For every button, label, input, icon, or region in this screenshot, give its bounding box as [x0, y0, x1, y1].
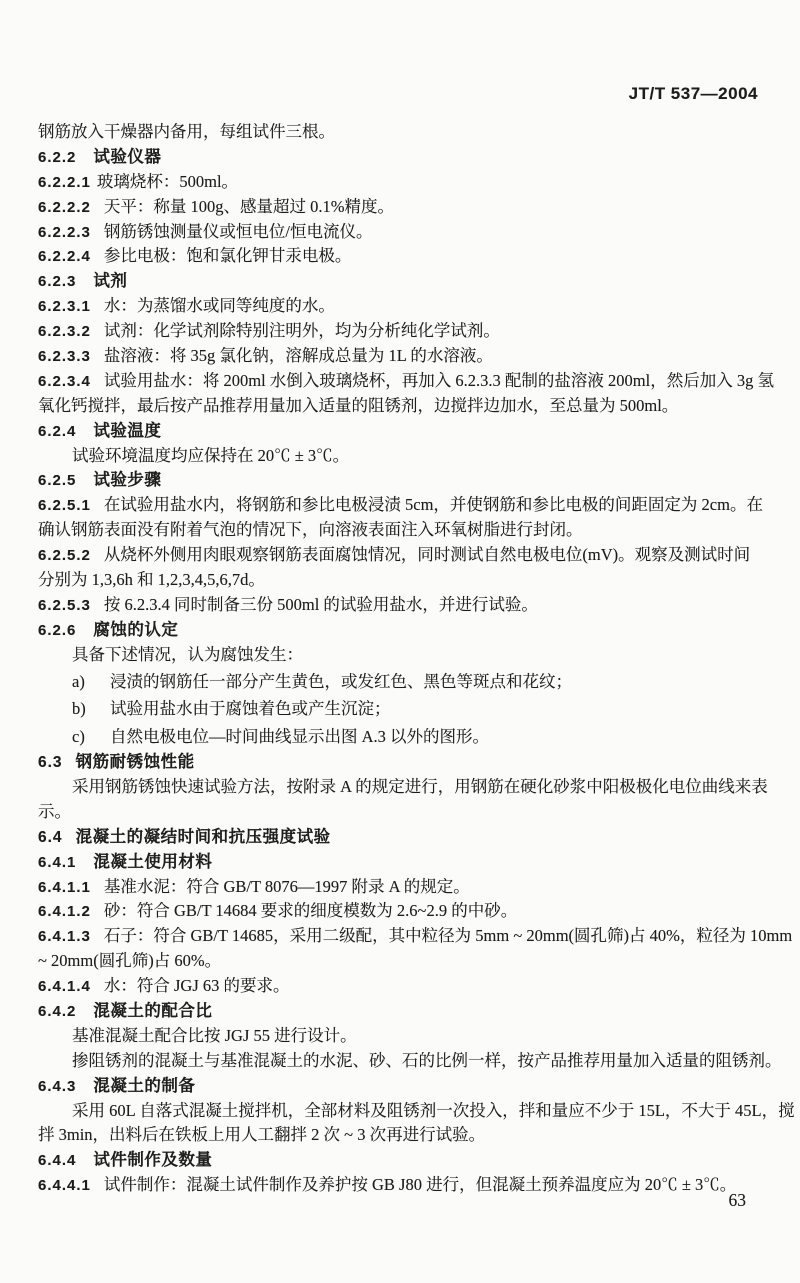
body-text: 采用 60L 自落式混凝土搅拌机，全部材料及阻锈剂一次投入，拌和量应不少于 15… [72, 1101, 795, 1120]
clause-number: 6.2.3.1 [38, 298, 91, 315]
section-heading: 6.3钢筋耐锈蚀性能 [38, 750, 770, 775]
heading-text: 钢筋耐锈蚀性能 [76, 753, 195, 771]
clause-line: 6.4.1.1基准水泥：符合 GB/T 8076—1997 附录 A 的规定。 [38, 875, 770, 900]
clause-line: 6.4.1.3石子：符合 GB/T 14685，采用二级配，其中粒径为 5mm … [38, 924, 770, 949]
clause-number: 6.2.4 [38, 423, 76, 440]
heading-text: 混凝土使用材料 [93, 853, 212, 871]
body-text: 钢筋放入干燥器内备用，每组试件三根。 [38, 122, 335, 141]
section-heading: 6.4混凝土的凝结时间和抗压强度试验 [38, 825, 770, 850]
section-heading: 6.2.5试验步骤 [38, 468, 770, 493]
heading-text: 混凝土的配合比 [93, 1002, 212, 1020]
clause-number: 6.2.2.3 [38, 224, 91, 241]
body-line: ~ 20mm(圆孔筛)占 60%。 [38, 949, 770, 974]
heading-text: 腐蚀的认定 [93, 621, 178, 639]
body-line: 氧化钙搅拌，最后按产品推荐用量加入适量的阻锈剂，边搅拌边加水，至总量为 500m… [38, 394, 770, 419]
list-item: b)试验用盐水由于腐蚀着色或产生沉淀； [38, 695, 770, 723]
clause-text: 试剂：化学试剂除特别注明外，均为分析纯化学试剂。 [104, 321, 500, 340]
clause-line: 6.2.2.3钢筋锈蚀测量仪或恒电位/恒电流仪。 [38, 220, 770, 245]
page-number: 63 [729, 1190, 747, 1211]
list-item: c)自然电极电位—时间曲线显示出图 A.3 以外的图形。 [38, 723, 770, 751]
clause-line: 6.2.2.4参比电极：饱和氯化钾甘汞电极。 [38, 244, 770, 269]
body-text: 示。 [38, 802, 71, 821]
body-line: 采用 60L 自落式混凝土搅拌机，全部材料及阻锈剂一次投入，拌和量应不少于 15… [38, 1099, 770, 1124]
body-text: 分别为 1,3,6h 和 1,2,3,4,5,6,7d。 [38, 570, 265, 589]
clause-number: 6.2.6 [38, 622, 76, 639]
clause-number: 6.4.1.2 [38, 903, 91, 920]
list-text: 试验用盐水由于腐蚀着色或产生沉淀； [110, 699, 391, 718]
clause-text: 从烧杯外侧用肉眼观察钢筋表面腐蚀情况，同时测试自然电极电位(mV)。观察及测试时… [104, 545, 750, 564]
clause-text: 在试验用盐水内，将钢筋和参比电极浸渍 5cm，并使钢筋和参比电极的间距固定为 2… [104, 495, 763, 514]
clause-number: 6.4.1 [38, 854, 76, 871]
clause-text: 参比电极：饱和氯化钾甘汞电极。 [104, 246, 352, 265]
clause-line: 6.4.4.1试件制作：混凝土试件制作及养护按 GB J80 进行，但混凝土预养… [38, 1173, 770, 1198]
list-marker: c) [72, 723, 110, 751]
clause-number: 6.2.2.4 [38, 248, 91, 265]
heading-text: 试验仪器 [93, 148, 161, 166]
body-line: 掺阻锈剂的混凝土与基准混凝土的水泥、砂、石的比例一样，按产品推荐用量加入适量的阻… [38, 1049, 770, 1074]
body-text: 确认钢筋表面没有附着气泡的情况下，向溶液表面注入环氧树脂进行封闭。 [38, 520, 583, 539]
clause-text: 玻璃烧杯：500ml。 [97, 172, 238, 191]
clause-line: 6.2.2.1玻璃烧杯：500ml。 [38, 170, 770, 195]
body-text: ~ 20mm(圆孔筛)占 60%。 [38, 951, 221, 970]
clause-number: 6.2.2.1 [38, 174, 91, 191]
section-heading: 6.4.3混凝土的制备 [38, 1074, 770, 1099]
clause-line: 6.2.3.1水：为蒸馏水或同等纯度的水。 [38, 294, 770, 319]
clause-text: 盐溶液：将 35g 氯化钠，溶解成总量为 1L 的水溶液。 [104, 346, 493, 365]
section-heading: 6.2.6腐蚀的认定 [38, 618, 770, 643]
body-text: 试验环境温度均应保持在 20℃ ± 3℃。 [72, 446, 349, 465]
clause-line: 6.2.3.4试验用盐水：将 200ml 水倒入玻璃烧杯，再加入 6.2.3.3… [38, 369, 770, 394]
clause-number: 6.4.1.3 [38, 928, 91, 945]
clause-number: 6.4.1.1 [38, 879, 91, 896]
heading-text: 试件制作及数量 [93, 1151, 212, 1169]
clause-number: 6.2.2.2 [38, 199, 91, 216]
clause-line: 6.2.5.1在试验用盐水内，将钢筋和参比电极浸渍 5cm，并使钢筋和参比电极的… [38, 493, 770, 518]
clause-text: 钢筋锈蚀测量仪或恒电位/恒电流仪。 [104, 222, 373, 241]
clause-line: 6.2.2.2天平：称量 100g、感量超过 0.1%精度。 [38, 195, 770, 220]
clause-line: 6.2.5.3按 6.2.3.4 同时制备三份 500ml 的试验用盐水，并进行… [38, 593, 770, 618]
heading-text: 试验步骤 [93, 471, 161, 489]
clause-line: 6.2.3.3盐溶液：将 35g 氯化钠，溶解成总量为 1L 的水溶液。 [38, 344, 770, 369]
clause-text: 试验用盐水：将 200ml 水倒入玻璃烧杯，再加入 6.2.3.3 配制的盐溶液… [104, 371, 774, 390]
clause-number: 6.2.3.3 [38, 348, 91, 365]
clause-text: 天平：称量 100g、感量超过 0.1%精度。 [104, 197, 394, 216]
clause-line: 6.2.5.2从烧杯外侧用肉眼观察钢筋表面腐蚀情况，同时测试自然电极电位(mV)… [38, 543, 770, 568]
heading-text: 试验温度 [93, 422, 161, 440]
body-text: 具备下述情况，认为腐蚀发生： [72, 645, 303, 664]
clause-number: 6.4.3 [38, 1078, 76, 1095]
section-heading: 6.2.2试验仪器 [38, 145, 770, 170]
clause-number: 6.2.5 [38, 472, 76, 489]
clause-number: 6.4.1.4 [38, 978, 91, 995]
clause-number: 6.2.3 [38, 273, 76, 290]
body-text: 采用钢筋锈蚀快速试验方法，按附录 A 的规定进行，用钢筋在硬化砂浆中阳极极化电位… [72, 777, 768, 796]
body-text: 氧化钙搅拌，最后按产品推荐用量加入适量的阻锈剂，边搅拌边加水，至总量为 500m… [38, 396, 678, 415]
body-line: 钢筋放入干燥器内备用，每组试件三根。 [38, 120, 770, 145]
list-text: 自然电极电位—时间曲线显示出图 A.3 以外的图形。 [110, 727, 489, 746]
list-marker: b) [72, 695, 110, 723]
document-body: 钢筋放入干燥器内备用，每组试件三根。 6.2.2试验仪器 6.2.2.1玻璃烧杯… [38, 120, 770, 1198]
clause-text: 水：符合 JGJ 63 的要求。 [104, 976, 290, 995]
section-heading: 6.4.4试件制作及数量 [38, 1148, 770, 1173]
clause-number: 6.3 [38, 754, 63, 771]
heading-text: 试剂 [93, 272, 127, 290]
clause-number: 6.2.3.2 [38, 323, 91, 340]
body-line: 采用钢筋锈蚀快速试验方法，按附录 A 的规定进行，用钢筋在硬化砂浆中阳极极化电位… [38, 775, 770, 800]
body-text: 拌 3min，出料后在铁板上用人工翻拌 2 次 ~ 3 次再进行试验。 [38, 1125, 485, 1144]
clause-number: 6.4 [38, 829, 63, 846]
clause-number: 6.4.4 [38, 1152, 76, 1169]
body-text: 掺阻锈剂的混凝土与基准混凝土的水泥、砂、石的比例一样，按产品推荐用量加入适量的阻… [72, 1051, 782, 1070]
document-page: JT/T 537—2004 钢筋放入干燥器内备用，每组试件三根。 6.2.2试验… [0, 0, 800, 1283]
clause-number: 6.2.5.3 [38, 597, 91, 614]
standard-number-header: JT/T 537—2004 [629, 84, 758, 104]
list-item: a)浸渍的钢筋任一部分产生黄色，或发红色、黑色等斑点和花纹； [38, 668, 770, 696]
clause-number: 6.2.5.2 [38, 547, 91, 564]
heading-text: 混凝土的凝结时间和抗压强度试验 [76, 828, 331, 846]
clause-line: 6.4.1.2砂：符合 GB/T 14684 要求的细度模数为 2.6~2.9 … [38, 899, 770, 924]
body-line: 确认钢筋表面没有附着气泡的情况下，向溶液表面注入环氧树脂进行封闭。 [38, 518, 770, 543]
clause-text: 石子：符合 GB/T 14685，采用二级配，其中粒径为 5mm ~ 20mm(… [104, 926, 792, 945]
section-heading: 6.4.1混凝土使用材料 [38, 850, 770, 875]
body-line: 试验环境温度均应保持在 20℃ ± 3℃。 [38, 444, 770, 469]
list-marker: a) [72, 668, 110, 696]
heading-text: 混凝土的制备 [93, 1077, 195, 1095]
clause-number: 6.4.4.1 [38, 1177, 91, 1194]
clause-number: 6.2.3.4 [38, 373, 91, 390]
body-line: 基准混凝土配合比按 JGJ 55 进行设计。 [38, 1024, 770, 1049]
clause-number: 6.2.2 [38, 149, 76, 166]
body-line: 示。 [38, 800, 770, 825]
clause-number: 6.4.2 [38, 1003, 76, 1020]
body-line: 具备下述情况，认为腐蚀发生： [38, 643, 770, 668]
clause-line: 6.4.1.4水：符合 JGJ 63 的要求。 [38, 974, 770, 999]
section-heading: 6.2.3试剂 [38, 269, 770, 294]
section-heading: 6.2.4试验温度 [38, 419, 770, 444]
clause-number: 6.2.5.1 [38, 497, 91, 514]
clause-text: 砂：符合 GB/T 14684 要求的细度模数为 2.6~2.9 的中砂。 [104, 901, 517, 920]
section-heading: 6.4.2混凝土的配合比 [38, 999, 770, 1024]
clause-text: 按 6.2.3.4 同时制备三份 500ml 的试验用盐水，并进行试验。 [104, 595, 538, 614]
body-line: 分别为 1,3,6h 和 1,2,3,4,5,6,7d。 [38, 568, 770, 593]
clause-text: 水：为蒸馏水或同等纯度的水。 [104, 296, 335, 315]
body-text: 基准混凝土配合比按 JGJ 55 进行设计。 [72, 1026, 357, 1045]
clause-line: 6.2.3.2试剂：化学试剂除特别注明外，均为分析纯化学试剂。 [38, 319, 770, 344]
body-line: 拌 3min，出料后在铁板上用人工翻拌 2 次 ~ 3 次再进行试验。 [38, 1123, 770, 1148]
list-text: 浸渍的钢筋任一部分产生黄色，或发红色、黑色等斑点和花纹； [110, 672, 572, 691]
clause-text: 试件制作：混凝土试件制作及养护按 GB J80 进行，但混凝土预养温度应为 20… [104, 1175, 736, 1194]
clause-text: 基准水泥：符合 GB/T 8076—1997 附录 A 的规定。 [104, 877, 470, 896]
